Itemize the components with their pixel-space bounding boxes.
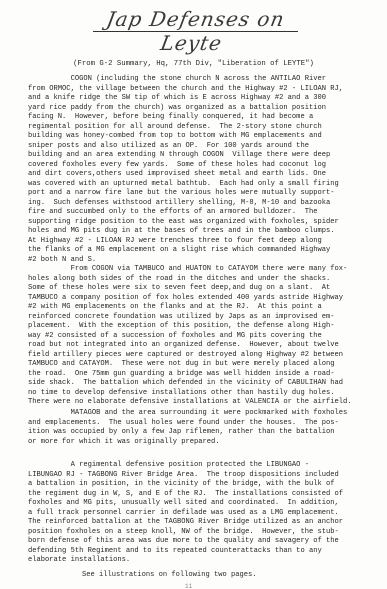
text-line: born defense of this area was due more t… <box>28 537 368 547</box>
text-line: facing N. However, before being finally … <box>28 113 368 123</box>
text-line: At Highway #2 - LILOAN RJ were trenches … <box>28 237 368 247</box>
text-line: ing. Such defenses withstood artillery s… <box>28 199 368 209</box>
text-line: defending 5th Regiment and to its repeat… <box>28 547 368 557</box>
text-line: regimental position for all around defen… <box>28 123 368 133</box>
text-line: the flanks of a MG emplacement on a slig… <box>28 246 368 256</box>
page-number: 11 <box>185 583 192 589</box>
text-line: holes along both sides of the road in th… <box>28 275 368 285</box>
text-line: elaborate installations. <box>28 556 368 566</box>
footer-note: See illustrations on following two pages… <box>82 571 257 580</box>
text-line: was covered with an upturned metal batht… <box>28 180 368 190</box>
text-line: From COGON via TAMBUCO and HUATON to CAT… <box>28 265 368 275</box>
text-line: no time to develop defensive installatio… <box>28 389 368 399</box>
text-line: supporting ridge position to the east wa… <box>28 218 368 228</box>
paragraph-cogon: COGON (including the stone church N acro… <box>28 75 368 265</box>
text-line: a battalion in position, in the vicinity… <box>28 480 368 490</box>
text-line: TAMBUCO a company position of fox holes … <box>28 294 368 304</box>
text-line: TAMBUCO and CATAYOM. These were not dug … <box>28 360 368 370</box>
text-line: There were no elaborate defensive instal… <box>28 398 368 408</box>
text-line: COGON (including the stone church N acro… <box>28 75 368 85</box>
text-line: and emplacements. The usual holes were f… <box>28 419 368 429</box>
text-line: foxholes and MG pits, unusually well sit… <box>28 499 368 509</box>
text-line: position foxholes on a steep knoll, NW o… <box>28 528 368 538</box>
text-line: sniper posts and also utilized as an OP.… <box>28 142 368 152</box>
text-line: port and a narrow fire lane but the vari… <box>28 189 368 199</box>
text-line: The reinforced battalion at the TAGBONG … <box>28 518 368 528</box>
text-line: reinforced concrete foundation was utili… <box>28 313 368 323</box>
text-line: placement. With the exception of this po… <box>28 322 368 332</box>
text-line: yard rice paddy from the church) was org… <box>28 104 368 114</box>
text-line: LIBUNGAO RJ - TAGBONG River Bridge Area.… <box>28 471 368 481</box>
text-line: road but not integrated into an organize… <box>28 341 368 351</box>
text-line: Some of these holes were six to seven fe… <box>28 284 368 294</box>
text-line: fire and succumbed only to the efforts o… <box>28 208 368 218</box>
text-line: or more for which it was originally prep… <box>28 438 368 448</box>
text-line: building was honey-combed from top to bo… <box>28 132 368 142</box>
text-line: and dirt covers,others used improvised s… <box>28 170 368 180</box>
text-line: #2 both N and S. <box>28 256 368 266</box>
text-line: building and an area extending N through… <box>28 151 368 161</box>
text-line: A regimental defensive position protecte… <box>28 461 368 471</box>
text-line: from ORMOC, the village between the chur… <box>28 85 368 95</box>
text-line: holes and MG pits dug in at the bases of… <box>28 227 368 237</box>
text-line: field artillery pieces were captured or … <box>28 351 368 361</box>
paragraph-tambuco: From COGON via TAMBUCO and HUATON to CAT… <box>28 265 368 408</box>
source-citation: (From G-2 Summary, Hq, 77th Div, "Libera… <box>0 60 387 69</box>
text-line: a full track personnel carrier in defila… <box>28 509 368 519</box>
text-line: covered foxholes every few yards. Some o… <box>28 161 368 171</box>
text-line: ition was occupied by only a few Jap rif… <box>28 428 368 438</box>
text-line: #2 with MG emplacements on the flanks an… <box>28 303 368 313</box>
paragraph-matagob: MATAGOB and the area surrounding it were… <box>28 409 368 447</box>
document-page: Jap Defenses on Leyte (From G-2 Summary,… <box>0 0 387 589</box>
text-line: and a knife ridge the SW tip of which is… <box>28 94 368 104</box>
text-line: the regiment dug in W, S, and E of the R… <box>28 490 368 500</box>
text-line: MATAGOB and the area surrounding it were… <box>28 409 368 419</box>
paragraph-libungao: A regimental defensive position protecte… <box>28 461 368 566</box>
handwritten-title: Jap Defenses on Leyte <box>92 7 298 39</box>
title-underline <box>93 31 298 32</box>
text-line: the road. One 75mm gun guarding a bridge… <box>28 370 368 380</box>
text-line: side shack. The battalion which defended… <box>28 379 368 389</box>
text-line: way #2 consisted of a succession of foxh… <box>28 332 368 342</box>
